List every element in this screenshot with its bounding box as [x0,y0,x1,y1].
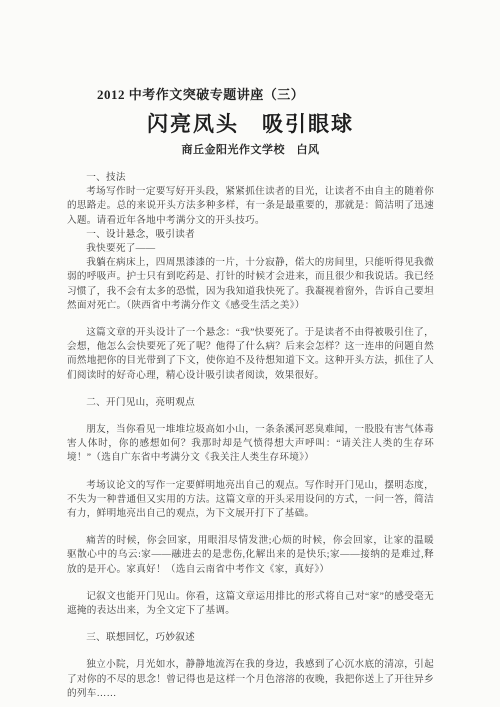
paragraph-example-suspense: 我躺在病床上，四周黑漆漆的一片，十分寂静，偌大的房间里，只能听得见我微弱的呼吸声… [67,256,434,313]
paragraph-example-direct: 朋友，当你看见一堆堆垃圾高如小山，一条条溪河恶臭难闻，一股股有害气体毒害人体时，… [67,423,434,466]
section-heading-technique: 一、技法 [67,171,434,185]
section-heading-recall: 三、联想回忆，巧妙叙述 [67,631,434,645]
paragraph-comment-suspense: 这篇文章的开头设计了一个悬念：“我”快要死了。于是读者不由得被吸引住了，会想，他… [67,326,434,383]
section-heading-direct: 二、开门见山，亮明观点 [67,396,434,410]
main-title: 闪亮凤头 吸引眼球 [67,108,434,138]
paragraph-example-home: 痛苦的时候，你会回家，用眼泪尽情发泄;心烦的时候，你会回家，让家的温暖驱散心中的… [67,534,434,577]
paragraph-comment-direct: 考场议论文的写作一定要鲜明地亮出自己的观点。写作时开门见山，摆明态度，不失为一种… [67,479,434,522]
document-content: 2012 中考作文突破专题讲座（三） 闪亮凤头 吸引眼球 商丘金阳光作文学校 白… [67,84,434,701]
paragraph-example-recall: 独立小院，月光如水，静静地流泻在我的身边，我感到了心沉水底的清凉，引起了对你的不… [67,658,434,701]
byline: 商丘金阳光作文学校 白风 [67,141,434,157]
section-heading-suspense: 一、设计悬念，吸引读者 [67,228,434,242]
lead-line-suspense: 我快要死了—— [67,242,434,256]
paragraph-intro: 考场写作时一定要写好开头段，紧紧抓住读者的目光，让读者不由自主的随着你的思路走。… [67,185,434,228]
paragraph-comment-home: 记叙文也能开门见山。你看，这篇文章运用排比的形式将自己对“家”的感受毫无遮掩的表… [67,590,434,618]
scanned-document-page: 2012 中考作文突破专题讲座（三） 闪亮凤头 吸引眼球 商丘金阳光作文学校 白… [0,0,500,707]
series-title: 2012 中考作文突破专题讲座（三） [97,84,434,103]
